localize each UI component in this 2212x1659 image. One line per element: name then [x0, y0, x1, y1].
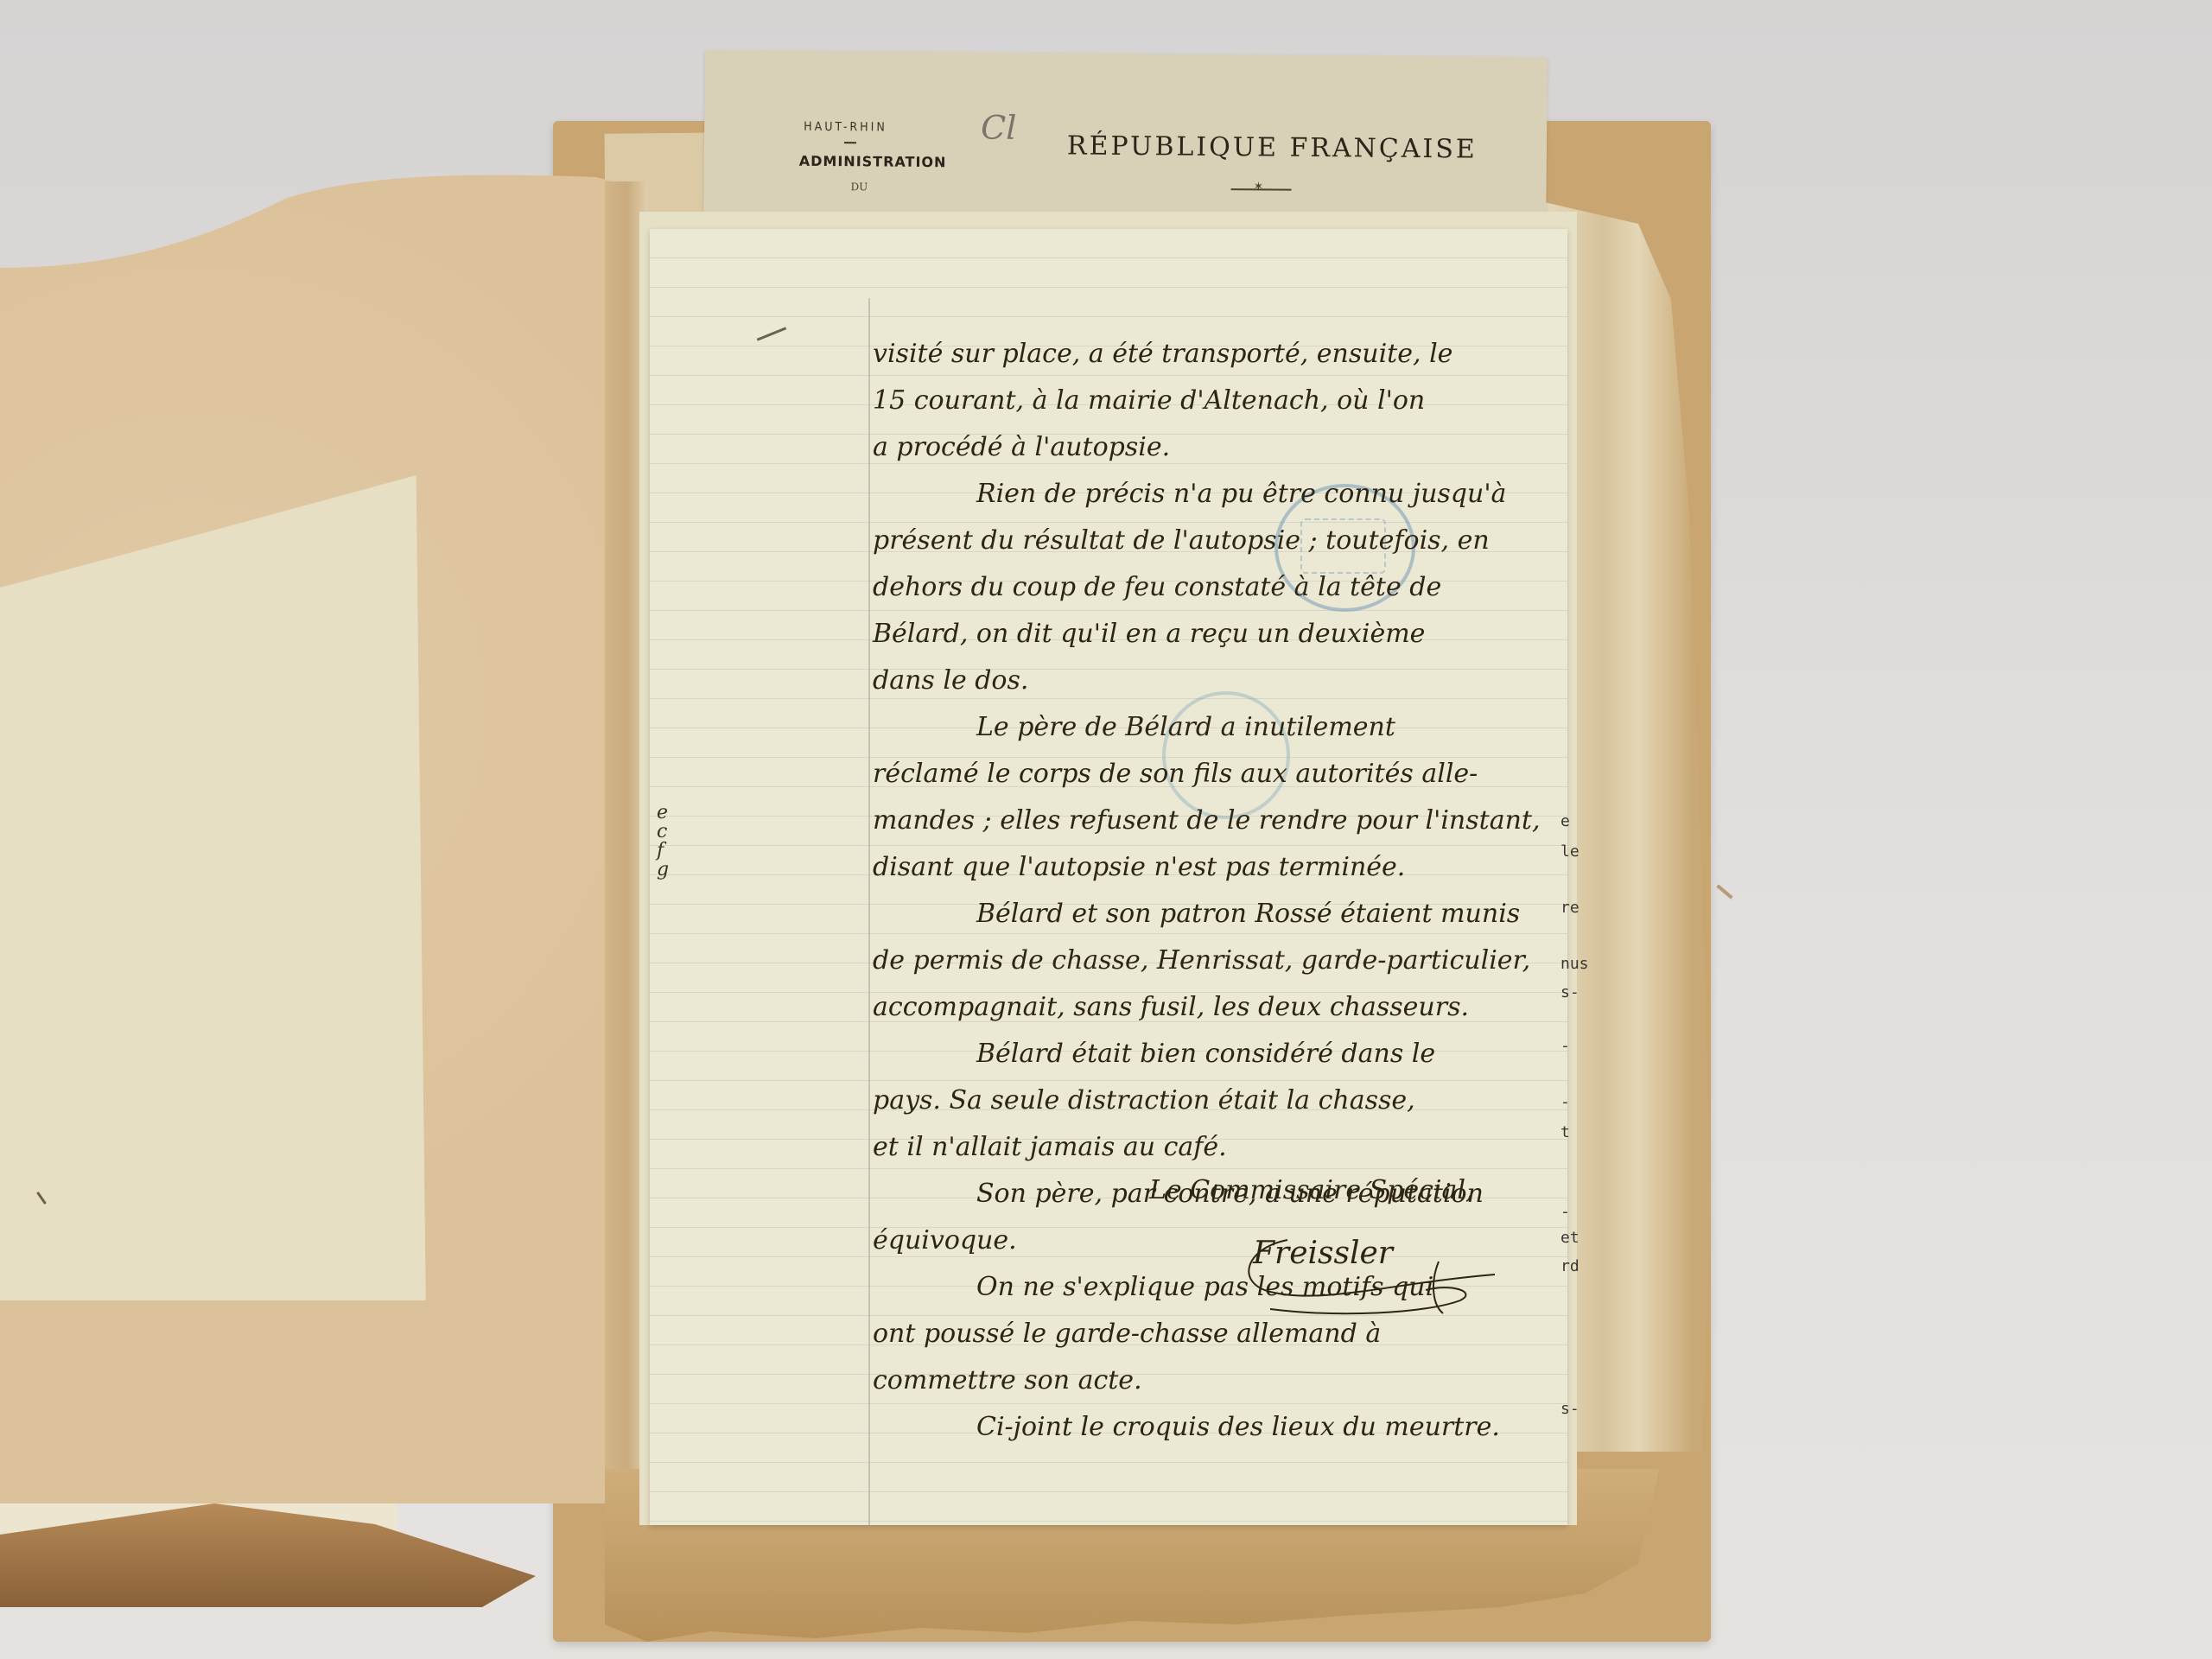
- letterhead-sheet: HAUT-RHIN ADMINISTRATION DU Cl RÉPUBLIQU…: [703, 50, 1548, 239]
- letter-line: mandes ; elles refusent de le rendre pou…: [873, 799, 1555, 846]
- letter-line: Bélard, on dit qu'il en a reçu un deuxiè…: [873, 613, 1555, 659]
- letterhead-republic: RÉPUBLIQUE FRANÇAISE: [1067, 130, 1478, 164]
- margin-rule: [868, 298, 870, 1525]
- typed-fragment: rd: [1560, 1257, 1595, 1275]
- letterhead-department: HAUT-RHIN: [804, 120, 887, 135]
- letter-line: a procédé à l'autopsie.: [873, 426, 1555, 473]
- typed-fragment: et: [1560, 1229, 1595, 1247]
- letter-line: Bélard était bien considéré dans le: [873, 1033, 1555, 1079]
- typed-fragment: s-: [1560, 983, 1595, 1001]
- typed-fragment: -: [1560, 1203, 1595, 1221]
- typed-fragment: e: [1560, 812, 1595, 830]
- letter-line: commettre son acte.: [873, 1359, 1555, 1406]
- letter-line: réclamé le corps de son fils aux autorit…: [873, 753, 1555, 799]
- letter-line: de permis de chasse, Henrissat, garde-pa…: [873, 939, 1555, 986]
- signature: Freissler: [1253, 1236, 1393, 1271]
- letter-line: pays. Sa seule distraction était la chas…: [873, 1079, 1555, 1126]
- signatory-title: Le Commissaire Spécial,: [1149, 1175, 1474, 1205]
- ghost-letter: c: [657, 823, 674, 842]
- letter-line: visité sur place, a été transporté, ensu…: [873, 333, 1555, 379]
- signature-block: Le Commissaire Spécial, Freissler: [1141, 1175, 1555, 1322]
- letter-line: disant que l'autopsie n'est pas terminée…: [873, 846, 1555, 893]
- letter-line: Ci-joint le croquis des lieux du meurtre…: [873, 1406, 1555, 1452]
- ghost-letter: f: [657, 842, 674, 861]
- letter-line: Le père de Bélard a inutilement: [873, 706, 1555, 753]
- ghost-letter: g: [657, 861, 674, 880]
- typed-fragment: nus: [1560, 955, 1595, 973]
- typed-fragment: -: [1560, 1037, 1595, 1055]
- letter-line: dehors du coup de feu constaté à la tête…: [873, 566, 1555, 613]
- letterhead-du: DU: [850, 181, 868, 193]
- letter-line: 15 courant, à la mairie d'Altenach, où l…: [873, 379, 1555, 426]
- letter-line: Bélard et son patron Rossé étaient munis: [873, 893, 1555, 939]
- typed-fragment: le: [1560, 842, 1595, 861]
- letter-line: dans le dos.: [873, 659, 1555, 706]
- ghost-letter: e: [657, 804, 674, 823]
- letterhead-dash: [844, 142, 856, 143]
- typed-fragment: re: [1560, 899, 1595, 917]
- pencil-annotation: Cl: [981, 109, 1017, 147]
- typed-fragment: t: [1560, 1123, 1595, 1141]
- left-ghost-text: e c f g: [657, 804, 674, 881]
- letter-line: accompagnait, sans fusil, les deux chass…: [873, 986, 1555, 1033]
- inset-blank-card: [0, 475, 484, 1300]
- letterhead-administration: ADMINISTRATION: [799, 153, 947, 170]
- typed-fragment: s-: [1560, 1400, 1595, 1418]
- letter-line: et il n'allait jamais au café.: [873, 1126, 1555, 1173]
- typed-fragment: -: [1560, 1093, 1595, 1111]
- letter-line: présent du résultat de l'autopsie ; tout…: [873, 519, 1555, 566]
- ornament-star-icon: ✶: [1254, 180, 1264, 194]
- letter-line: Rien de précis n'a pu être connu jusqu'à: [873, 473, 1555, 519]
